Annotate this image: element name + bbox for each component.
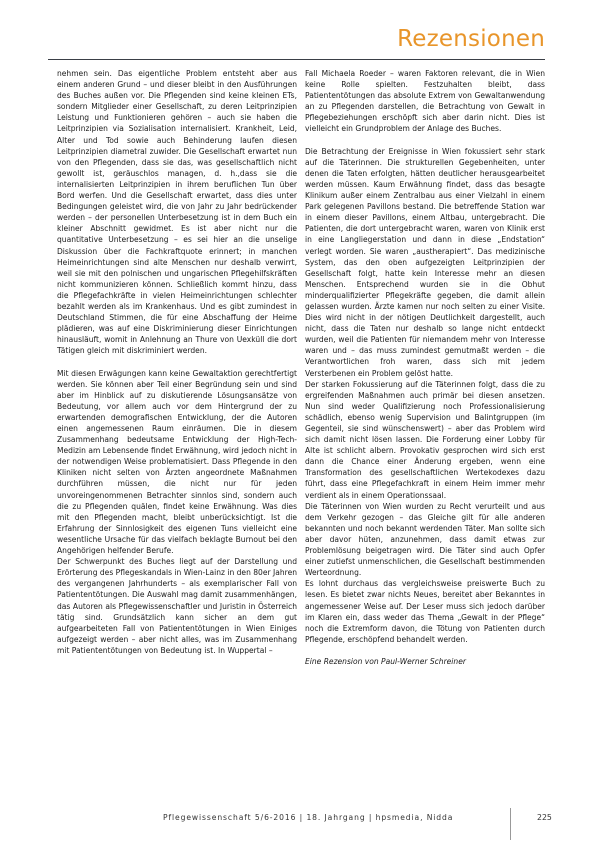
right-column: Fall Michaela Roeder – waren Faktoren re… [305, 68, 545, 667]
paragraph: Fall Michaela Roeder – waren Faktoren re… [305, 68, 545, 135]
footer-divider [510, 808, 511, 840]
paragraph: Der Schwerpunkt des Buches liegt auf der… [57, 556, 297, 656]
paragraph: Der starken Fokussierung auf die Täterin… [305, 379, 545, 501]
paragraph: Mit diesen Erwägungen kann keine Gewalta… [57, 368, 297, 557]
page-number: 225 [537, 813, 552, 822]
header-divider [48, 59, 545, 60]
paragraph: Die Täterinnen von Wien wurden zu Recht … [305, 501, 545, 579]
paragraph: Die Betrachtung der Ereignisse in Wien f… [305, 146, 545, 379]
paragraph: nehmen sein. Das eigentliche Problem ent… [57, 68, 297, 356]
section-title: Rezensionen [397, 26, 545, 52]
review-signature: Eine Rezension von Paul-Werner Schreiner [305, 656, 545, 667]
paragraph: Es lohnt durchaus das vergleichsweise pr… [305, 578, 545, 645]
left-column: nehmen sein. Das eigentliche Problem ent… [57, 68, 297, 656]
footer-publication: Pflegewissenschaft 5/6-2016 | 18. Jahrga… [163, 813, 453, 822]
